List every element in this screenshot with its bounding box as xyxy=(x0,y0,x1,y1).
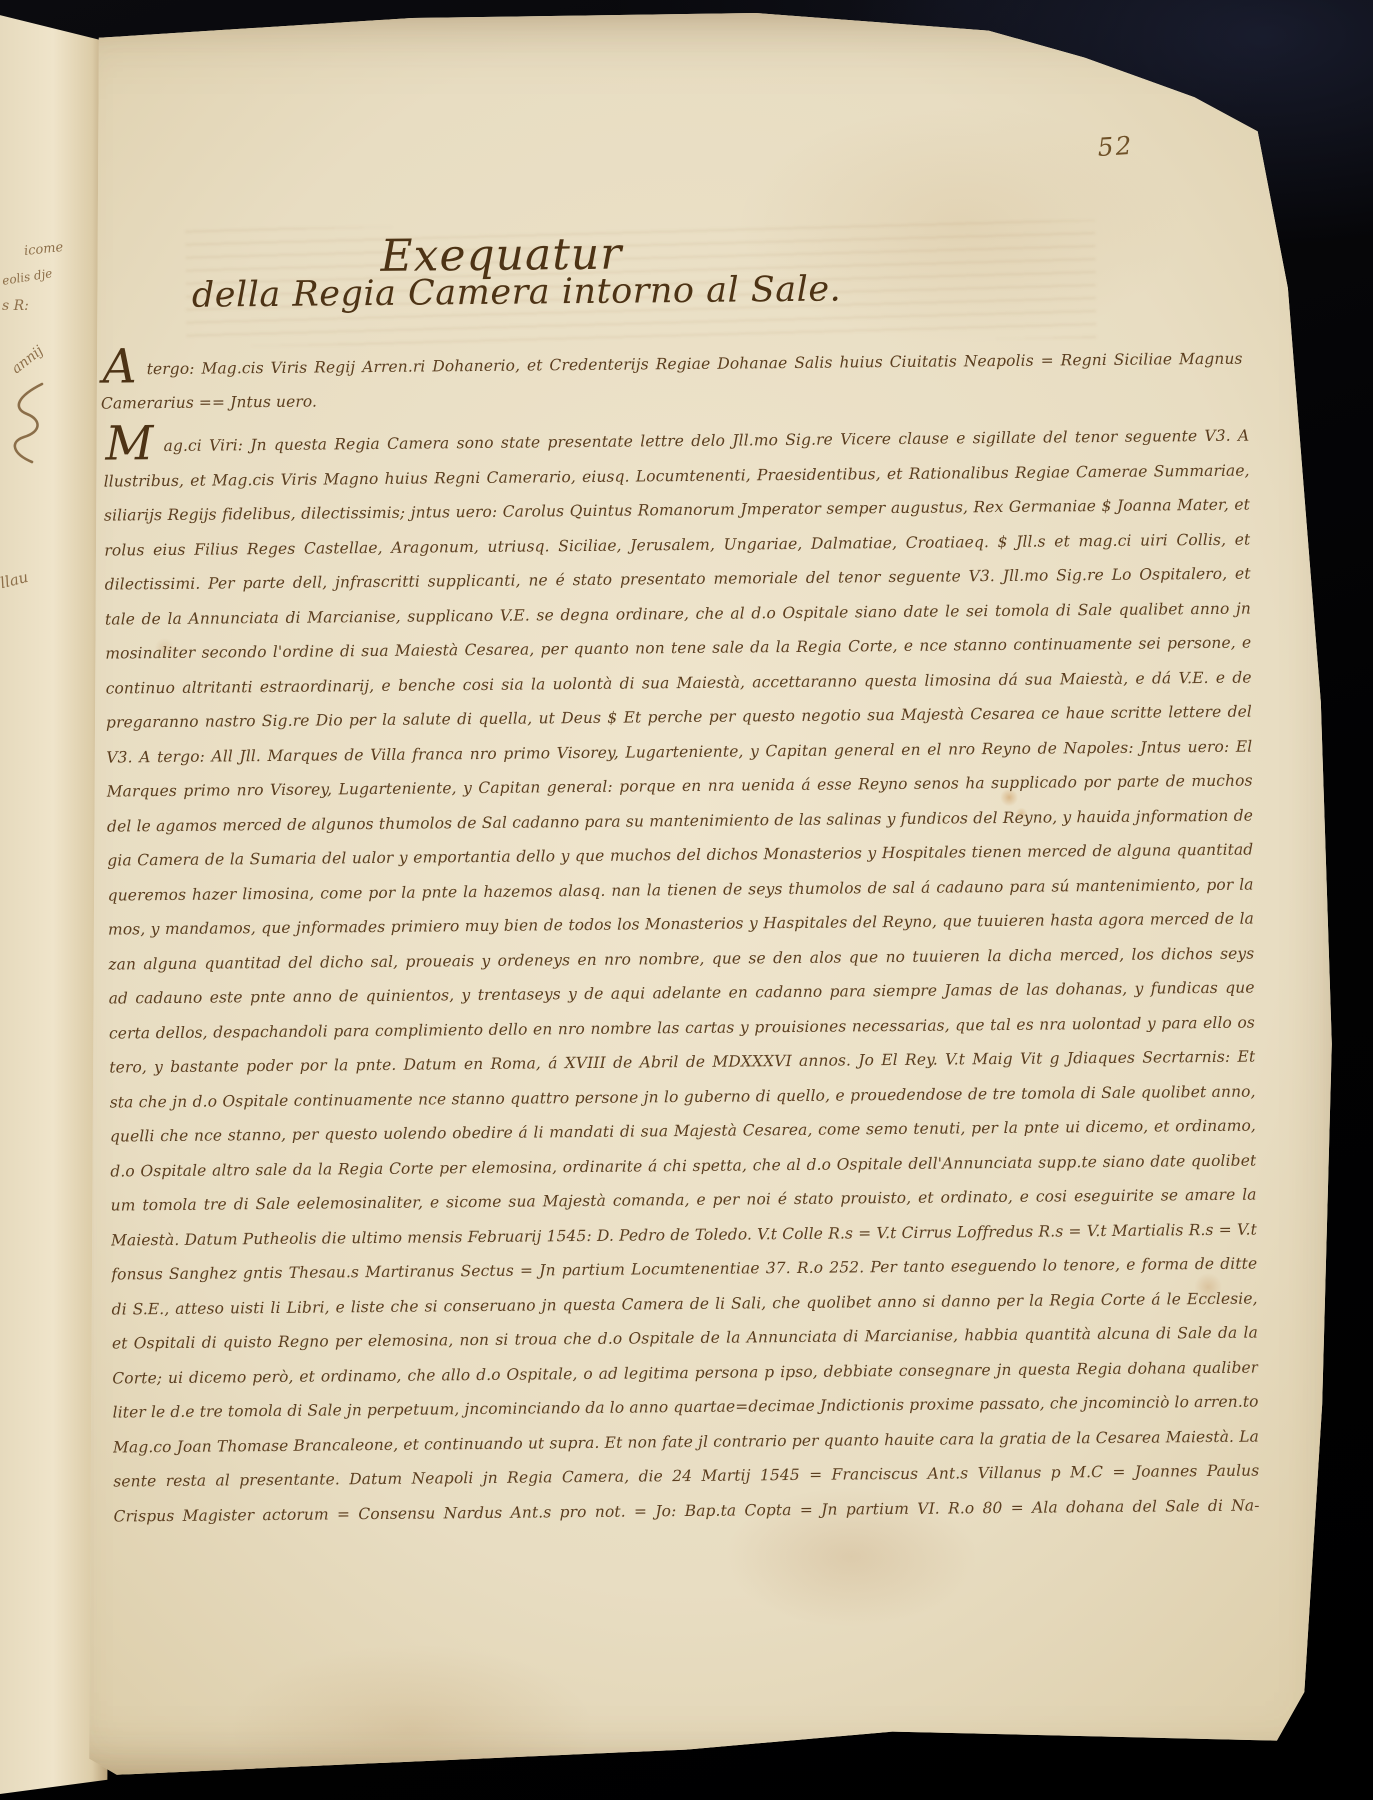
address-paragraph: A tergo: Mag.cis Viris Regij Arren.ri Do… xyxy=(100,342,1243,421)
initial-capital: M xyxy=(105,423,154,465)
document-subtitle: della Regia Camera intorno al Sale. xyxy=(192,269,842,315)
body-paragraph-lines: llustribus, et Mag.cis Viris Magno huius… xyxy=(104,453,1260,1533)
initial-capital: A xyxy=(102,346,136,388)
page-content: 52 Exequatur della Regia Camera intorno … xyxy=(0,0,1373,1800)
folio-number: 52 xyxy=(1097,131,1135,162)
body-paragraph: M ag.ci Viri: Jn questa Regia Camera son… xyxy=(103,419,1260,1534)
